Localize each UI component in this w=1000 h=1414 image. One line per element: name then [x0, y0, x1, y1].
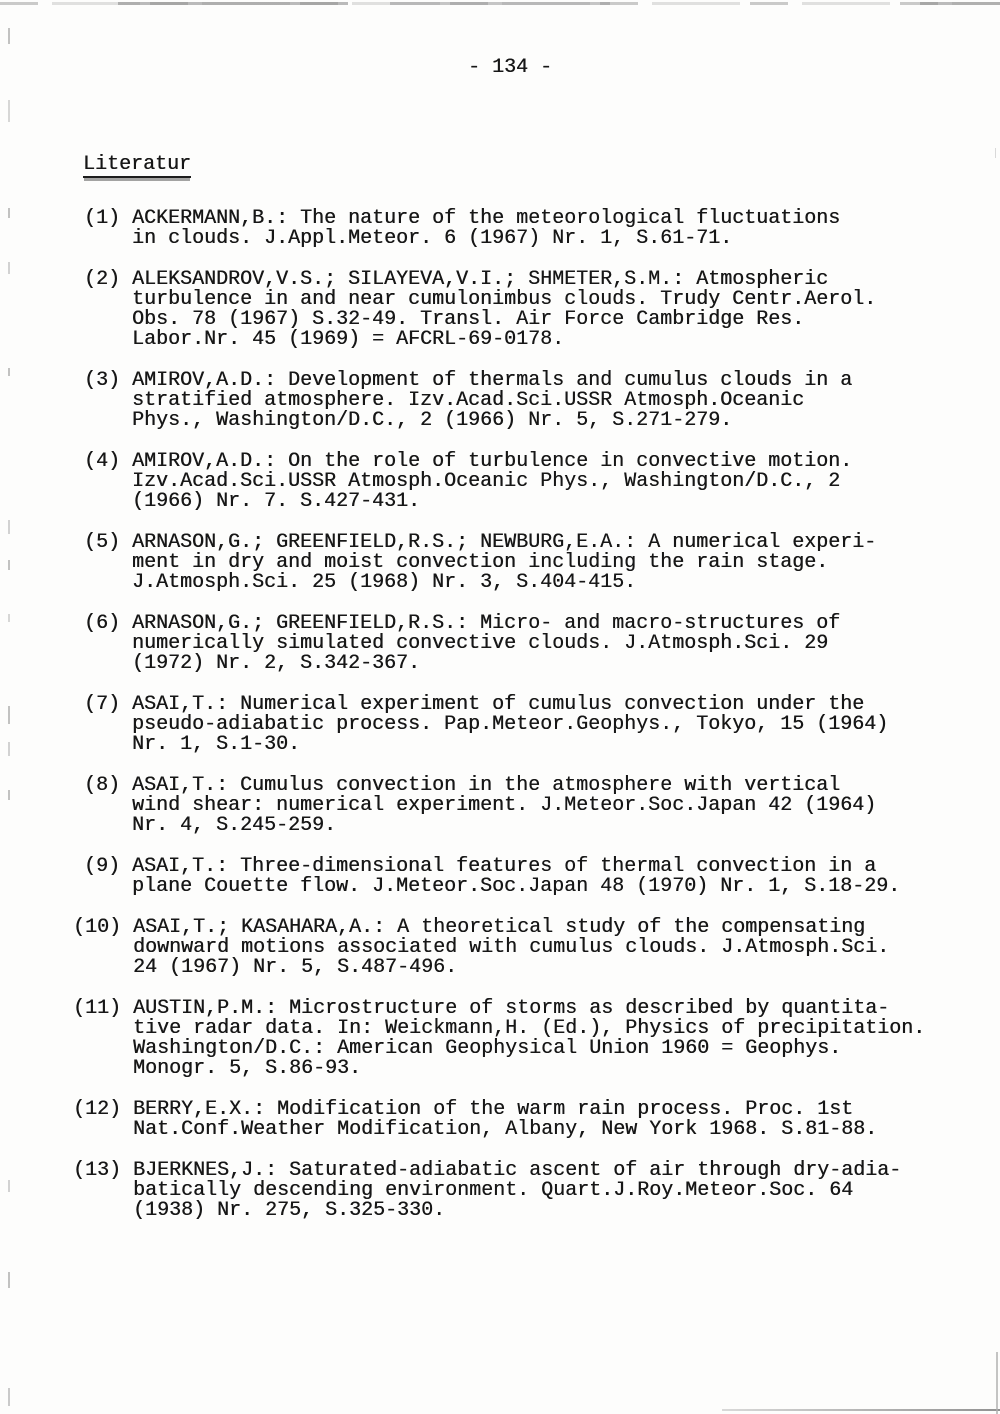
reference-number: (9) [73, 857, 132, 897]
reference-number: (1) [73, 209, 132, 249]
reference-item: (10) ASAI,T.; KASAHARA,A.: A theoretical… [73, 918, 1000, 978]
scan-artifact-top-edge-segment [118, 2, 348, 5]
reference-number: (3) [73, 371, 132, 431]
reference-text: AMIROV,A.D.: Development of thermals and… [132, 371, 1000, 431]
reference-number: (11) [73, 999, 133, 1079]
reference-item: (4) AMIROV,A.D.: On the role of turbulen… [73, 452, 1000, 512]
reference-text: ARNASON,G.; GREENFIELD,R.S.: Micro- and … [132, 614, 1000, 674]
reference-number: (10) [73, 918, 133, 978]
reference-number: (13) [73, 1161, 133, 1221]
page-number: - 134 - [0, 58, 1000, 78]
reference-number: (6) [73, 614, 132, 674]
section-heading: Literatur [83, 155, 191, 178]
reference-item: (13) BJERKNES,J.: Saturated-adiabatic as… [73, 1161, 1000, 1221]
reference-number: (12) [73, 1100, 133, 1140]
scan-artifact-bottom-edge [722, 1409, 1000, 1411]
reference-text: ASAI,T.; KASAHARA,A.: A theoretical stud… [133, 918, 1000, 978]
scan-artifact-top-edge-segment [390, 2, 610, 5]
reference-text: ASAI,T.: Three-dimensional features of t… [132, 857, 1000, 897]
reference-text: ASAI,T.: Numerical experiment of cumulus… [132, 695, 1000, 755]
reference-item: (6) ARNASON,G.; GREENFIELD,R.S.: Micro- … [73, 614, 1000, 674]
reference-text: ARNASON,G.; GREENFIELD,R.S.; NEWBURG,E.A… [132, 533, 1000, 593]
reference-text: ASAI,T.: Cumulus convection in the atmos… [132, 776, 1000, 836]
reference-number: (8) [73, 776, 132, 836]
scan-artifact-top-edge-segment [920, 2, 1000, 5]
reference-item: (2) ALEKSANDROV,V.S.; SILAYEVA,V.I.; SHM… [73, 270, 1000, 350]
reference-text: ACKERMANN,B.: The nature of the meteorol… [132, 209, 1000, 249]
reference-item: (12) BERRY,E.X.: Modification of the war… [73, 1100, 1000, 1140]
reference-item: (7) ASAI,T.: Numerical experiment of cum… [73, 695, 1000, 755]
reference-number: (7) [73, 695, 132, 755]
scanned-document-page: - 134 - Literatur (1) ACKERMANN,B.: The … [0, 0, 1000, 1414]
scan-artifact-left-tick [8, 1272, 10, 1288]
scan-artifact-left-tick [8, 28, 10, 44]
reference-text: ALEKSANDROV,V.S.; SILAYEVA,V.I.; SHMETER… [132, 270, 1000, 350]
reference-item: (5) ARNASON,G.; GREENFIELD,R.S.; NEWBURG… [73, 533, 1000, 593]
reference-item: (8) ASAI,T.: Cumulus convection in the a… [73, 776, 1000, 836]
section-heading-text: Literatur [83, 155, 191, 178]
reference-item: (11) AUSTIN,P.M.: Microstructure of stor… [73, 999, 1000, 1079]
reference-number: (4) [73, 452, 132, 512]
reference-number: (2) [73, 270, 132, 350]
reference-text: BERRY,E.X.: Modification of the warm rai… [133, 1100, 1000, 1140]
scan-artifact-right-edge [996, 1352, 998, 1414]
scan-artifact-top-edge [0, 2, 1000, 5]
reference-text: AUSTIN,P.M.: Microstructure of storms as… [133, 999, 1000, 1079]
reference-item: (1) ACKERMANN,B.: The nature of the mete… [73, 209, 1000, 249]
reference-text: BJERKNES,J.: Saturated-adiabatic ascent … [133, 1161, 1000, 1221]
scan-artifact-right-tick [995, 148, 996, 158]
reference-number: (5) [73, 533, 132, 593]
reference-text: AMIROV,A.D.: On the role of turbulence i… [132, 452, 1000, 512]
scan-artifact-left-tick [8, 1388, 10, 1406]
scan-artifact-left-tick [8, 100, 10, 122]
reference-item: (9) ASAI,T.: Three-dimensional features … [73, 857, 1000, 897]
reference-item: (3) AMIROV,A.D.: Development of thermals… [73, 371, 1000, 431]
reference-list: (1) ACKERMANN,B.: The nature of the mete… [0, 209, 1000, 1242]
